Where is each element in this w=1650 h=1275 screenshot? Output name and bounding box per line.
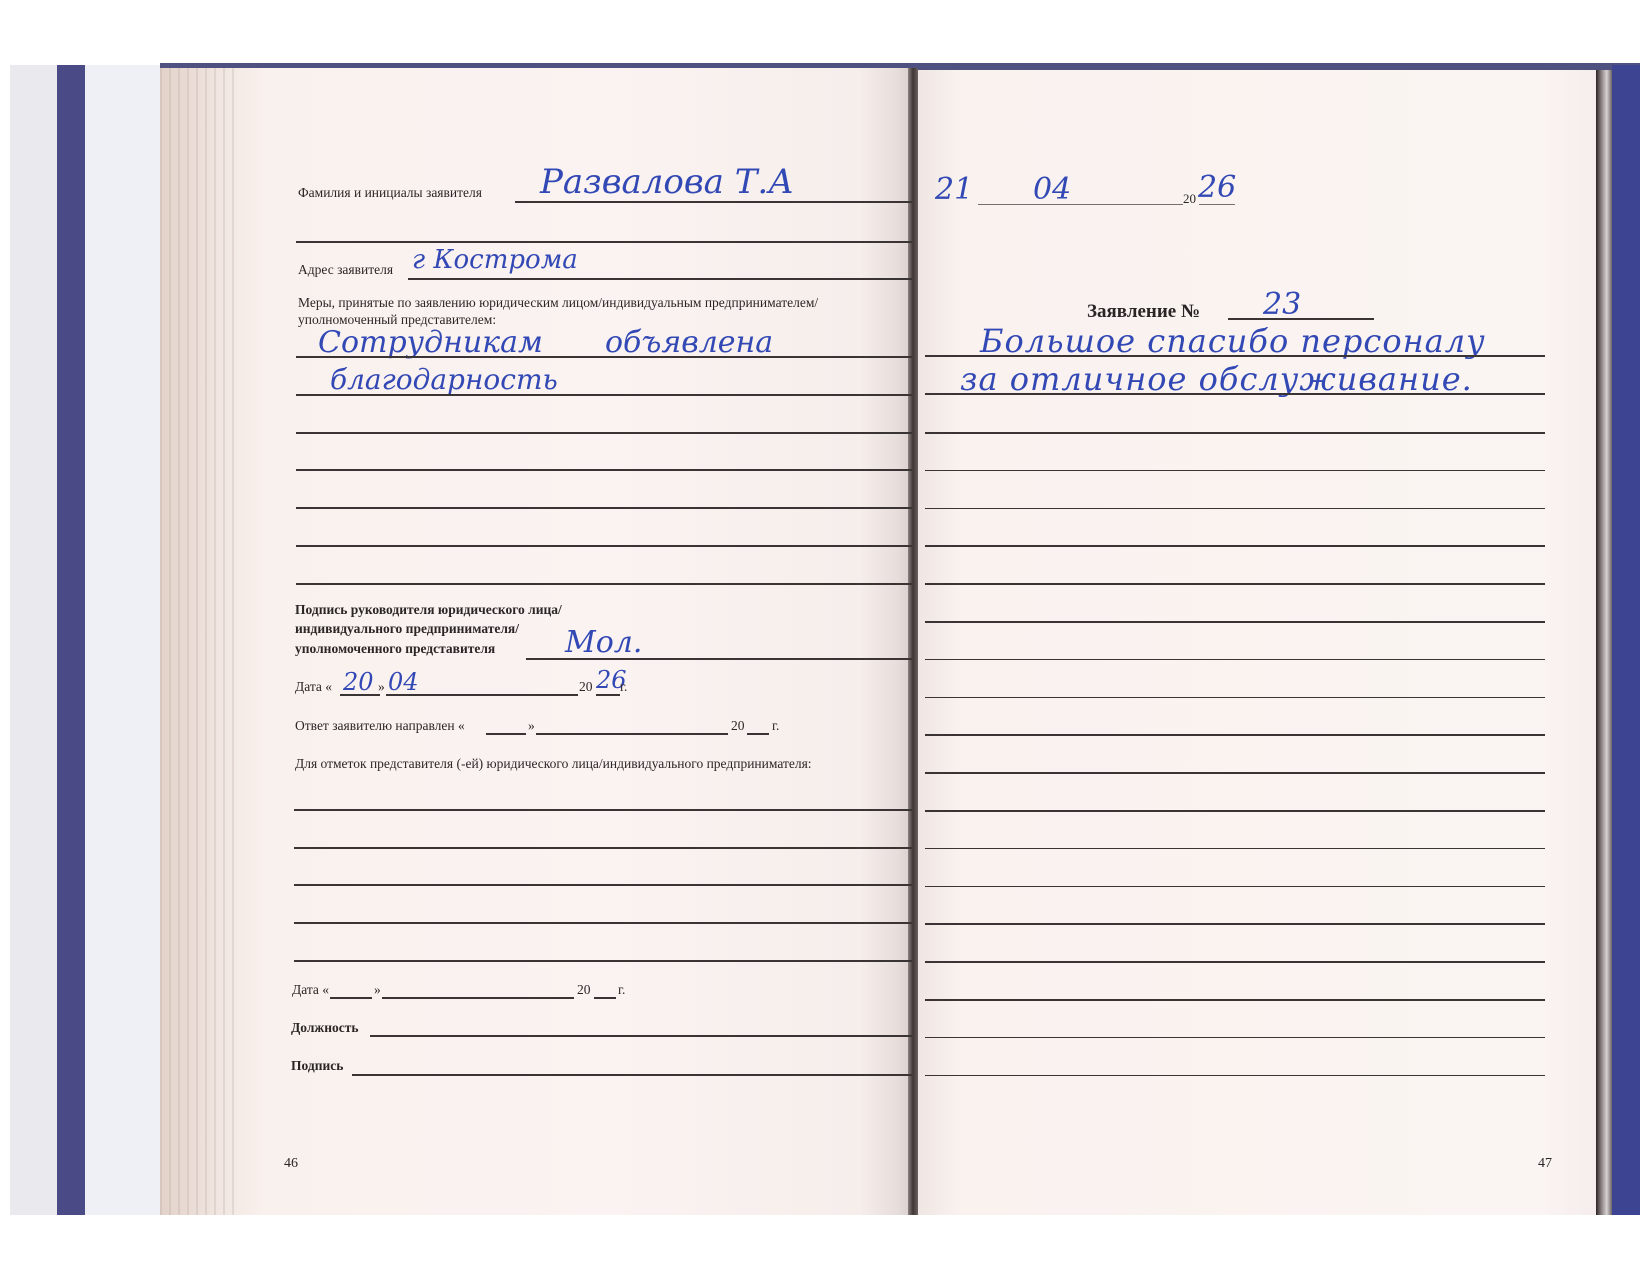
book-cover-right: [1612, 65, 1640, 1215]
page-edges: [160, 68, 235, 1215]
statement-line: [925, 545, 1545, 547]
header-date-line: [978, 204, 1183, 205]
bottom-date-year-suffix: г.: [618, 983, 625, 997]
date-month-value[interactable]: 04: [388, 670, 419, 694]
header-year-prefix: 20: [1183, 192, 1196, 205]
statement-line: [925, 583, 1545, 585]
statement-line: [925, 772, 1545, 774]
response-quote-close: »: [528, 719, 535, 733]
applicant-address-line: [408, 278, 912, 280]
measures-value-line1-a[interactable]: Сотрудникам: [318, 328, 543, 358]
statement-line: [925, 961, 1545, 963]
statement-line: [925, 1075, 1545, 1077]
measures-line-5: [296, 507, 912, 509]
date-year-line: [596, 694, 620, 696]
page-number-left: 46: [284, 1156, 298, 1172]
measures-line-2: [296, 394, 912, 396]
statement-line: [925, 923, 1545, 925]
statement-line-2: [925, 393, 1545, 395]
right-page-edge: [1596, 70, 1612, 1215]
response-day-line: [486, 733, 526, 735]
statement-line: [925, 697, 1545, 699]
measures-label-line1: Меры, принятые по заявлению юридическим …: [298, 296, 818, 310]
statement-line: [925, 508, 1545, 510]
response-year-line: [747, 733, 769, 735]
book-cover-left: [57, 65, 85, 1215]
statement-title: Заявление №: [1087, 301, 1200, 323]
signature-label-line2: индивидуального предпринимателя/: [295, 622, 519, 636]
statement-line: [925, 999, 1545, 1001]
page-number-right: 47: [1538, 1156, 1552, 1172]
bottom-date-quote-close: »: [374, 983, 381, 997]
date-label: Дата «: [295, 680, 332, 694]
measures-line-6: [296, 545, 912, 547]
bottom-date-year-line: [594, 997, 616, 999]
bottom-date-year-prefix: 20: [577, 983, 591, 997]
date-quote-close: »: [378, 680, 385, 694]
applicant-name-line-2: [296, 241, 912, 243]
bottom-date-month-line: [382, 997, 574, 999]
applicant-address-label: Адрес заявителя: [298, 263, 393, 277]
measures-value-line1-b[interactable]: объявлена: [605, 328, 773, 358]
measures-line-1: [296, 356, 912, 358]
signature-value[interactable]: Мол.: [565, 628, 642, 658]
applicant-name-value[interactable]: Разваловa Т.А: [540, 165, 794, 199]
statement-line: [925, 621, 1545, 623]
measures-line-4: [296, 469, 912, 471]
statement-line: [925, 886, 1545, 888]
bottom-date-day-line: [330, 997, 372, 999]
signature-label-line3: уполномоченного представителя: [295, 642, 495, 656]
date-day-value[interactable]: 20: [343, 670, 374, 694]
measures-line-7: [296, 583, 912, 585]
notes-line-4: [294, 922, 912, 924]
statement-number[interactable]: 23: [1263, 290, 1301, 320]
statement-line: [925, 432, 1545, 434]
book-endpaper-left: [85, 65, 160, 1215]
statement-line-1: [925, 355, 1545, 357]
response-year-prefix: 20: [731, 719, 745, 733]
measures-line-3: [296, 432, 912, 434]
notes-line-3: [294, 884, 912, 886]
sign-line[interactable]: [352, 1074, 912, 1076]
header-date-month[interactable]: 04: [1033, 175, 1071, 205]
notes-label: Для отметок представителя (-ей) юридичес…: [295, 757, 812, 771]
date-year-prefix: 20: [579, 680, 593, 694]
applicant-name-label: Фамилия и инициалы заявителя: [298, 186, 482, 200]
date-year-suffix: г.: [620, 680, 627, 694]
response-year-suffix: г.: [772, 719, 779, 733]
notes-line-2: [294, 847, 912, 849]
response-month-line: [536, 733, 728, 735]
right-page: [918, 70, 1608, 1215]
statement-line: [925, 734, 1545, 736]
applicant-address-value[interactable]: г Кострома: [412, 247, 578, 273]
statement-line: [925, 810, 1545, 812]
notes-line-1: [294, 809, 912, 811]
statement-line: [925, 470, 1545, 472]
signature-label-line1: Подпись руководителя юридического лица/: [295, 603, 562, 617]
header-year-value[interactable]: 26: [1198, 173, 1236, 203]
statement-line: [925, 1037, 1545, 1039]
statement-text-line2[interactable]: за отличное обслуживание.: [960, 363, 1473, 395]
statement-line: [925, 659, 1545, 661]
sign-label: Подпись: [291, 1059, 343, 1073]
notes-line-5: [294, 960, 912, 962]
measures-value-line2[interactable]: благодарность: [330, 366, 558, 394]
position-line[interactable]: [370, 1035, 912, 1037]
statement-text-line1[interactable]: Большое спасибо персоналу: [980, 325, 1486, 357]
position-label: Должность: [291, 1021, 359, 1035]
statement-line: [925, 848, 1545, 850]
response-label: Ответ заявителю направлен «: [295, 719, 465, 733]
bottom-date-label: Дата «: [292, 983, 329, 997]
header-date-day[interactable]: 21: [935, 175, 973, 205]
